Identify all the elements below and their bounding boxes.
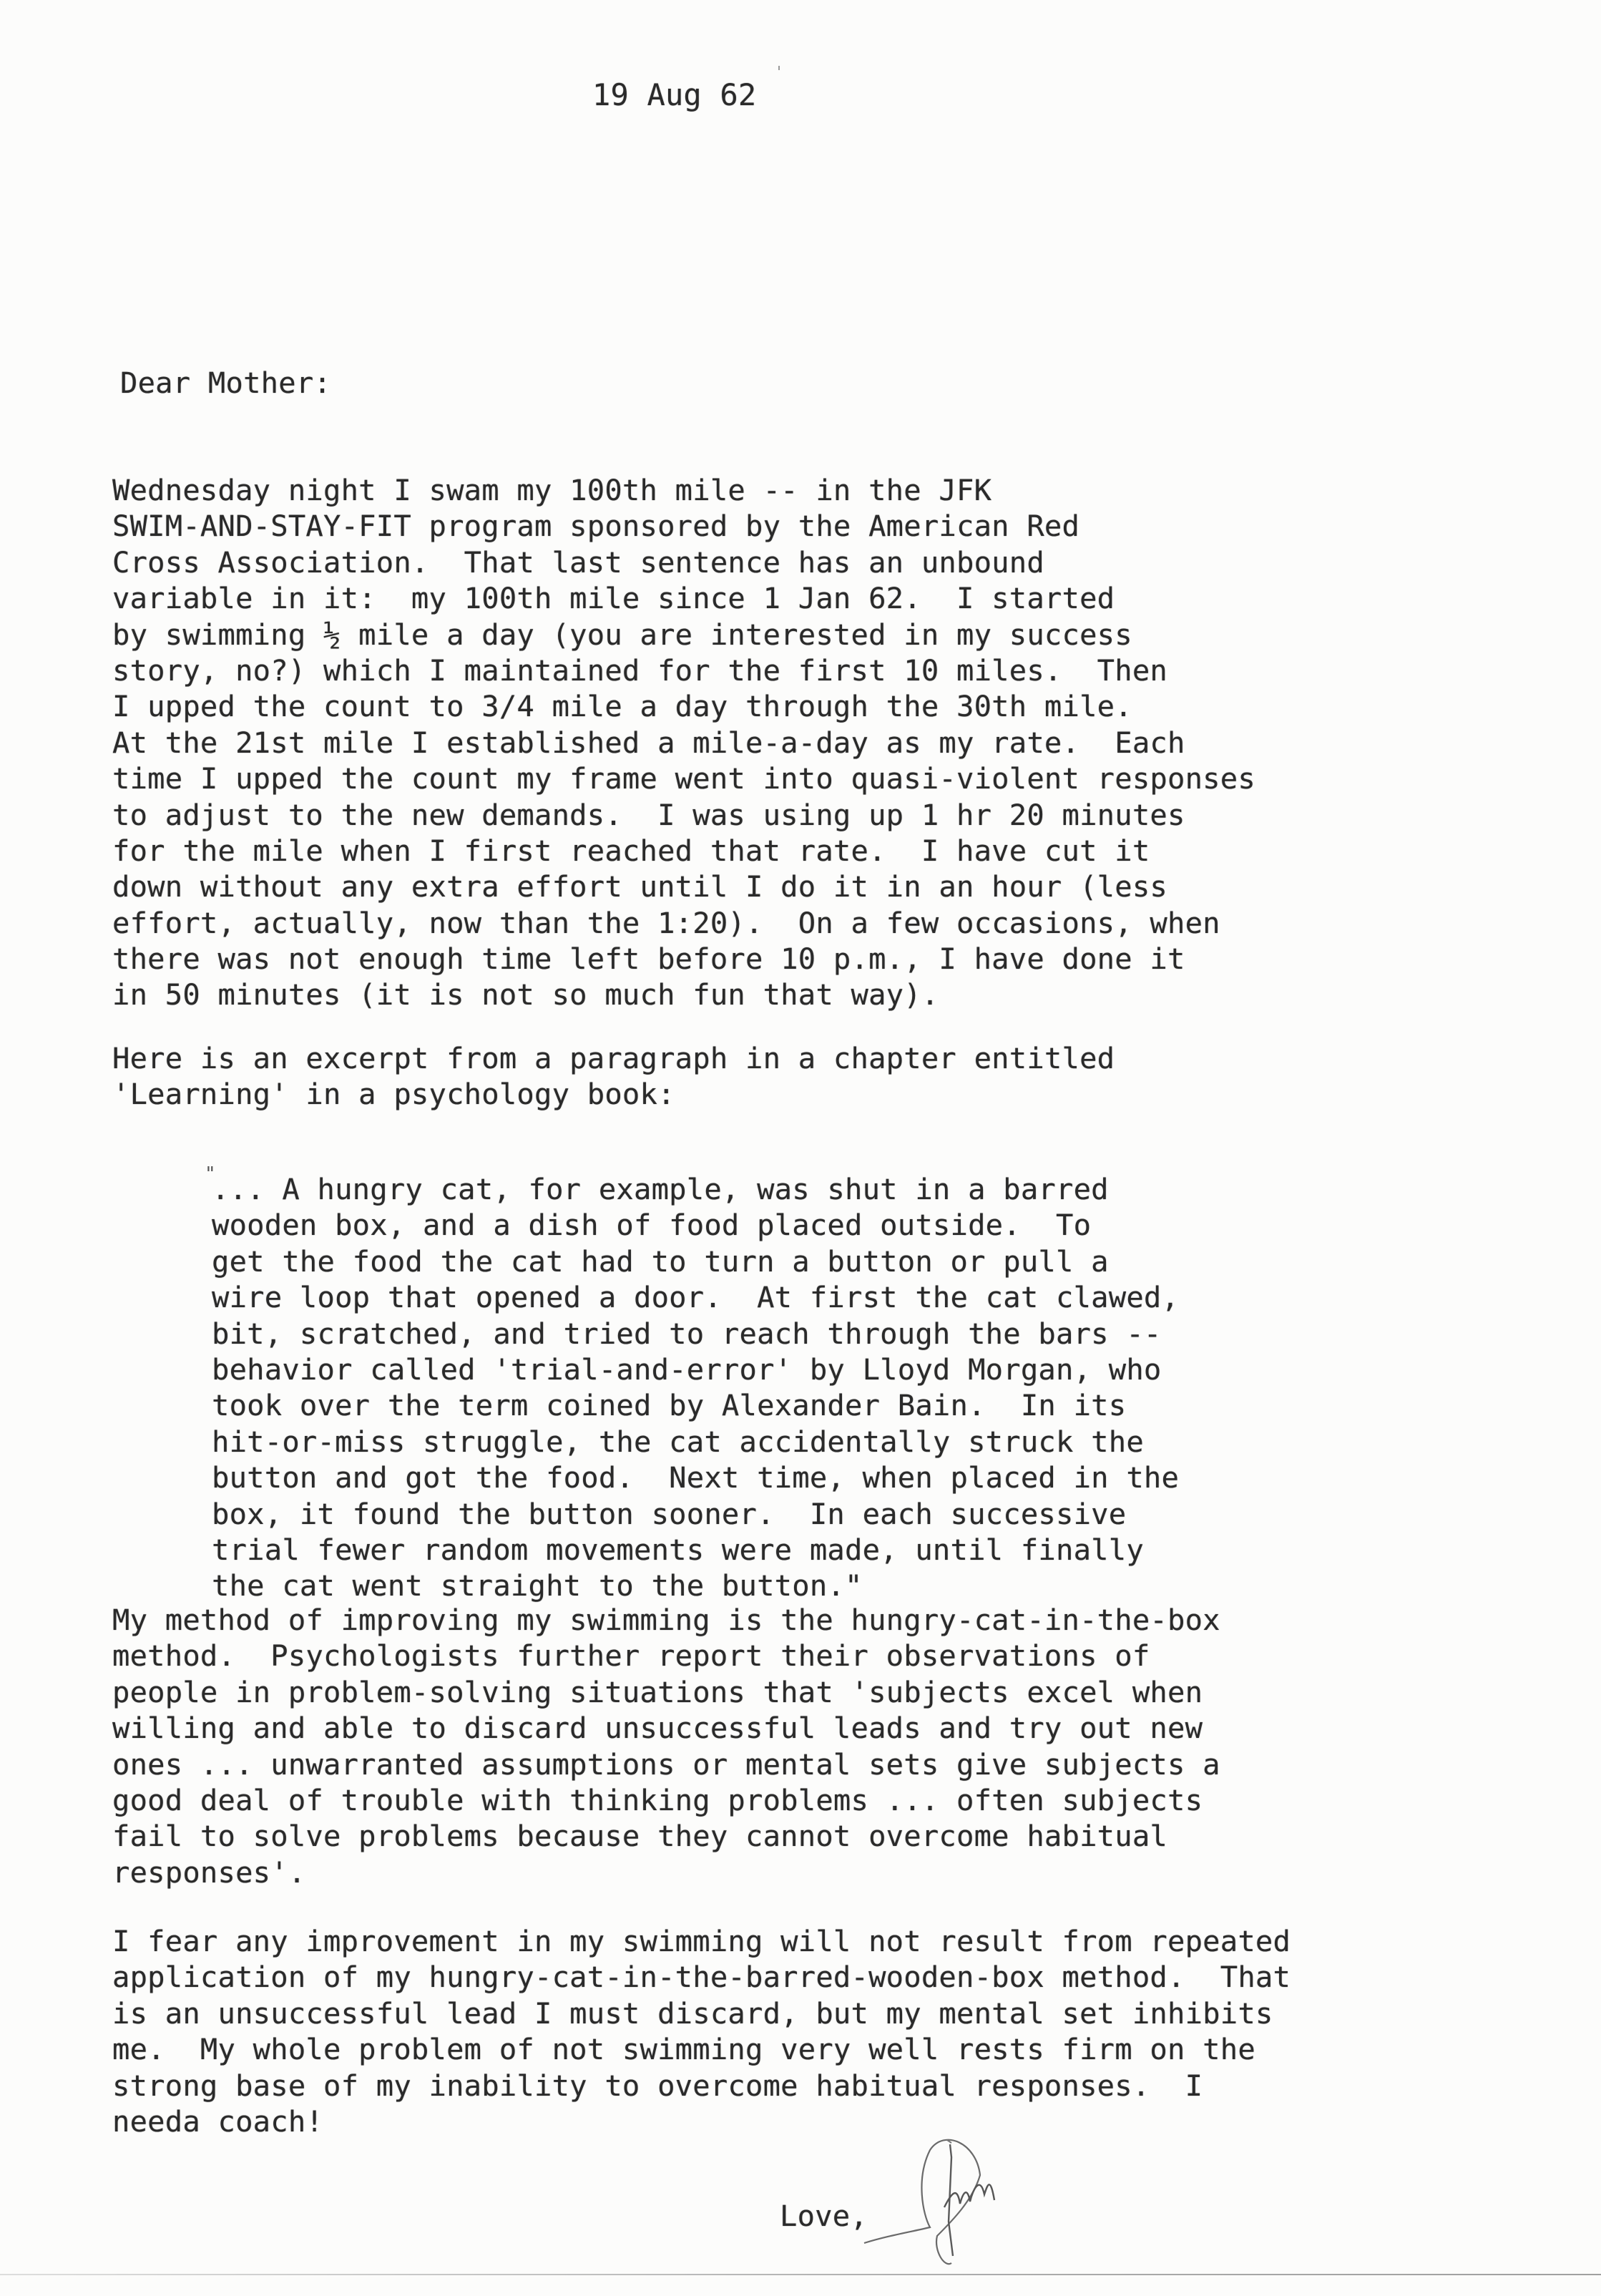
typed-line: 'Learning' in a psychology book:: [112, 1076, 1115, 1112]
typed-line: in 50 minutes (it is not so much fun tha…: [112, 977, 1255, 1012]
typed-line: bit, scratched, and tried to reach throu…: [212, 1316, 1179, 1352]
typed-line: Here is an excerpt from a paragraph in a…: [112, 1040, 1115, 1076]
typed-line: people in problem-solving situations tha…: [112, 1674, 1220, 1710]
salutation: Dear Mother:: [120, 365, 331, 401]
typed-line: there was not enough time left before 10…: [112, 941, 1255, 977]
paragraph-swimming-progress: Wednesday night I swam my 100th mile -- …: [112, 472, 1255, 1013]
typed-line: good deal of trouble with thinking probl…: [112, 1782, 1220, 1818]
typed-line: story, no?) which I maintained for the f…: [112, 653, 1255, 688]
typed-line: button and got the food. Next time, when…: [212, 1460, 1179, 1495]
typed-line: down without any extra effort until I do…: [112, 869, 1255, 904]
quoted-excerpt: ... A hungry cat, for example, was shut …: [212, 1171, 1179, 1604]
typed-line: ones ... unwarranted assumptions or ment…: [112, 1747, 1220, 1782]
typed-line: wire loop that opened a door. At first t…: [212, 1279, 1179, 1315]
typed-line: needa coach!: [112, 2104, 1291, 2139]
typed-line: trial fewer random movements were made, …: [212, 1532, 1179, 1568]
typed-line: wooden box, and a dish of food placed ou…: [212, 1207, 1179, 1243]
typed-line: to adjust to the new demands. I was usin…: [112, 797, 1255, 833]
typed-line: behavior called 'trial-and-error' by Llo…: [212, 1352, 1179, 1387]
typed-line: ... A hungry cat, for example, was shut …: [212, 1171, 1179, 1207]
typed-line: SWIM-AND-STAY-FIT program sponsored by t…: [112, 508, 1255, 544]
typed-line: is an unsuccessful lead I must discard, …: [112, 1995, 1291, 2031]
typed-line: time I upped the count my frame went int…: [112, 761, 1255, 796]
typed-line: hit-or-miss struggle, the cat accidental…: [212, 1424, 1179, 1460]
paragraph-excerpt-intro: Here is an excerpt from a paragraph in a…: [112, 1040, 1115, 1113]
typed-line: the cat went straight to the button.": [212, 1568, 1179, 1603]
page-bottom-edge: [0, 2274, 1601, 2275]
typed-line: box, it found the button sooner. In each…: [212, 1496, 1179, 1532]
typed-line: method. Psychologists further report the…: [112, 1638, 1220, 1674]
letter-page: 19 Aug 62 Dear Mother: Wednesday night I…: [0, 0, 1601, 2296]
typed-line: I upped the count to 3/4 mile a day thro…: [112, 688, 1255, 724]
paragraph-method: My method of improving my swimming is th…: [112, 1602, 1220, 1890]
typed-line: responses'.: [112, 1855, 1220, 1890]
typed-line: strong base of my inability to overcome …: [112, 2068, 1291, 2104]
typed-line: Cross Association. That last sentence ha…: [112, 544, 1255, 580]
typed-line: At the 21st mile I established a mile-a-…: [112, 725, 1255, 761]
letter-date: 19 Aug 62: [592, 77, 756, 113]
typed-line: willing and able to discard unsuccessful…: [112, 1710, 1220, 1746]
typed-line: fail to solve problems because they cann…: [112, 1818, 1220, 1854]
typed-line: application of my hungry-cat-in-the-barr…: [112, 1959, 1291, 1995]
typed-line: for the mile when I first reached that r…: [112, 833, 1255, 869]
typed-line: by swimming ½ mile a day (you are intere…: [112, 617, 1255, 653]
paper-speck: [778, 66, 780, 70]
paragraph-conclusion: I fear any improvement in my swimming wi…: [112, 1923, 1291, 2139]
typed-line: My method of improving my swimming is th…: [112, 1602, 1220, 1638]
handwritten-signature-icon: [844, 2136, 1016, 2272]
typed-line: I fear any improvement in my swimming wi…: [112, 1923, 1291, 1959]
typed-line: Wednesday night I swam my 100th mile -- …: [112, 472, 1255, 508]
typed-line: took over the term coined by Alexander B…: [212, 1387, 1179, 1423]
typed-line: get the food the cat had to turn a butto…: [212, 1244, 1179, 1279]
typed-line: effort, actually, now than the 1:20). On…: [112, 905, 1255, 941]
typed-line: variable in it: my 100th mile since 1 Ja…: [112, 580, 1255, 616]
typed-line: me. My whole problem of not swimming ver…: [112, 2031, 1291, 2067]
